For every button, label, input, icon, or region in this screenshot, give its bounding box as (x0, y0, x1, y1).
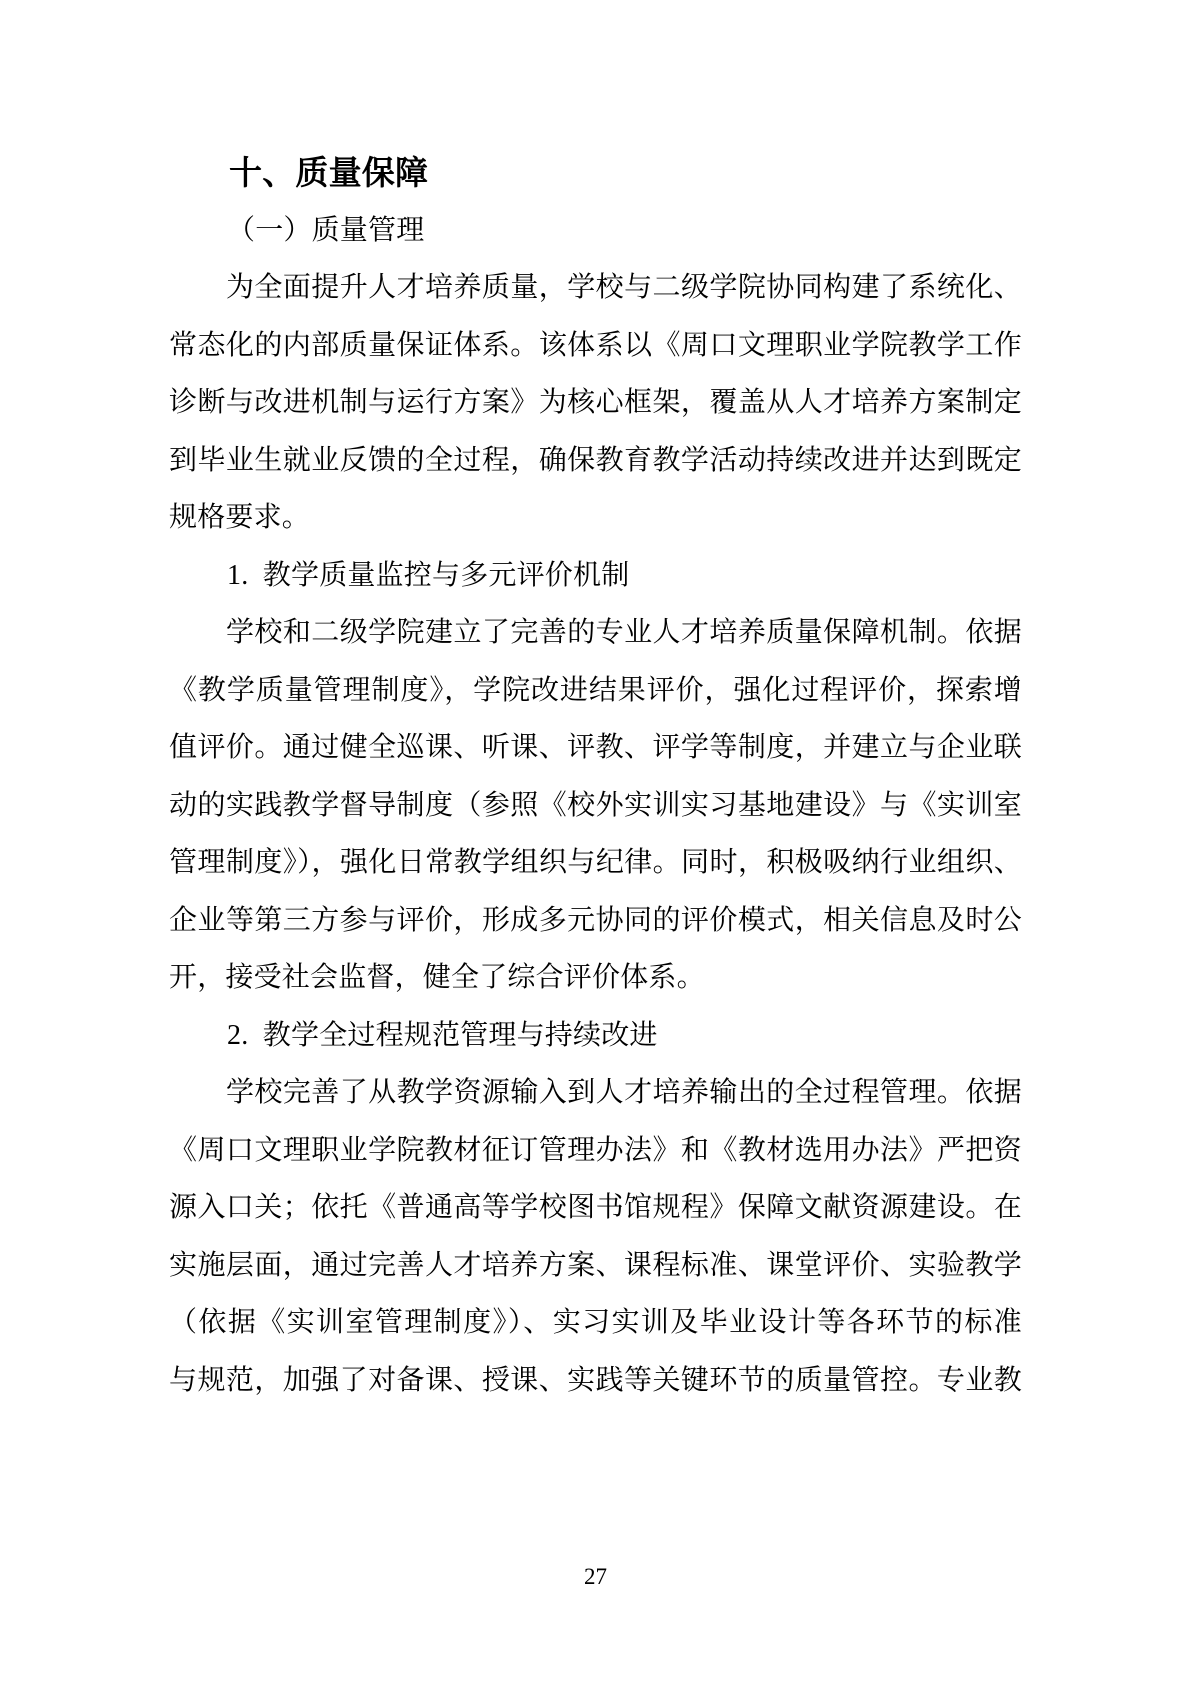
body-text-line: 值评价。通过健全巡课、听课、评教、评学等制度，并建立与企业联 (169, 719, 1022, 777)
body-text-line: 动的实践教学督导制度（参照《校外实训实习基地建设》与《实训室 (169, 777, 1022, 835)
document-body: 十、质量保障（一）质量管理为全面提升人才培养质量，学校与二级学院协同构建了系统化… (169, 144, 1022, 1409)
body-text-line: 学校和二级学院建立了完善的专业人才培养质量保障机制。依据 (169, 604, 1022, 662)
body-text-line: 到毕业生就业反馈的全过程，确保教育教学活动持续改进并达到既定 (169, 432, 1022, 490)
body-text-line: 为全面提升人才培养质量，学校与二级学院协同构建了系统化、 (169, 259, 1022, 317)
body-text-line: 企业等第三方参与评价，形成多元协同的评价模式，相关信息及时公 (169, 892, 1022, 950)
numbered-heading: 2. 教学全过程规范管理与持续改进 (169, 1007, 1022, 1065)
body-text-line: 源入口关；依托《普通高等学校图书馆规程》保障文献资源建设。在 (169, 1179, 1022, 1237)
document-page: 十、质量保障（一）质量管理为全面提升人才培养质量，学校与二级学院协同构建了系统化… (0, 0, 1191, 1684)
body-text-line: 与规范，加强了对备课、授课、实践等关键环节的质量管控。专业教 (169, 1352, 1022, 1410)
body-text-line: 学校完善了从教学资源输入到人才培养输出的全过程管理。依据 (169, 1064, 1022, 1122)
body-text-line: 《教学质量管理制度》，学院改进结果评价，强化过程评价，探索增 (169, 662, 1022, 720)
numbered-heading: 1. 教学质量监控与多元评价机制 (169, 547, 1022, 605)
body-text-line: 管理制度》），强化日常教学组织与纪律。同时，积极吸纳行业组织、 (169, 834, 1022, 892)
body-text-line: （依据《实训室管理制度》）、实习实训及毕业设计等各环节的标准 (169, 1294, 1022, 1352)
body-text-line: 诊断与改进机制与运行方案》为核心框架，覆盖从人才培养方案制定 (169, 374, 1022, 432)
body-text-line: 常态化的内部质量保证体系。该体系以《周口文理职业学院教学工作 (169, 317, 1022, 375)
body-text-line: 实施层面，通过完善人才培养方案、课程标准、课堂评价、实验教学 (169, 1237, 1022, 1295)
subsection-heading: （一）质量管理 (169, 202, 1022, 260)
body-text-line: 规格要求。 (169, 489, 1022, 547)
body-text-line: 《周口文理职业学院教材征订管理办法》和《教材选用办法》严把资 (169, 1122, 1022, 1180)
section-title: 十、质量保障 (169, 144, 1022, 202)
body-text-line: 开，接受社会监督，健全了综合评价体系。 (169, 949, 1022, 1007)
page-number: 27 (0, 1562, 1191, 1592)
